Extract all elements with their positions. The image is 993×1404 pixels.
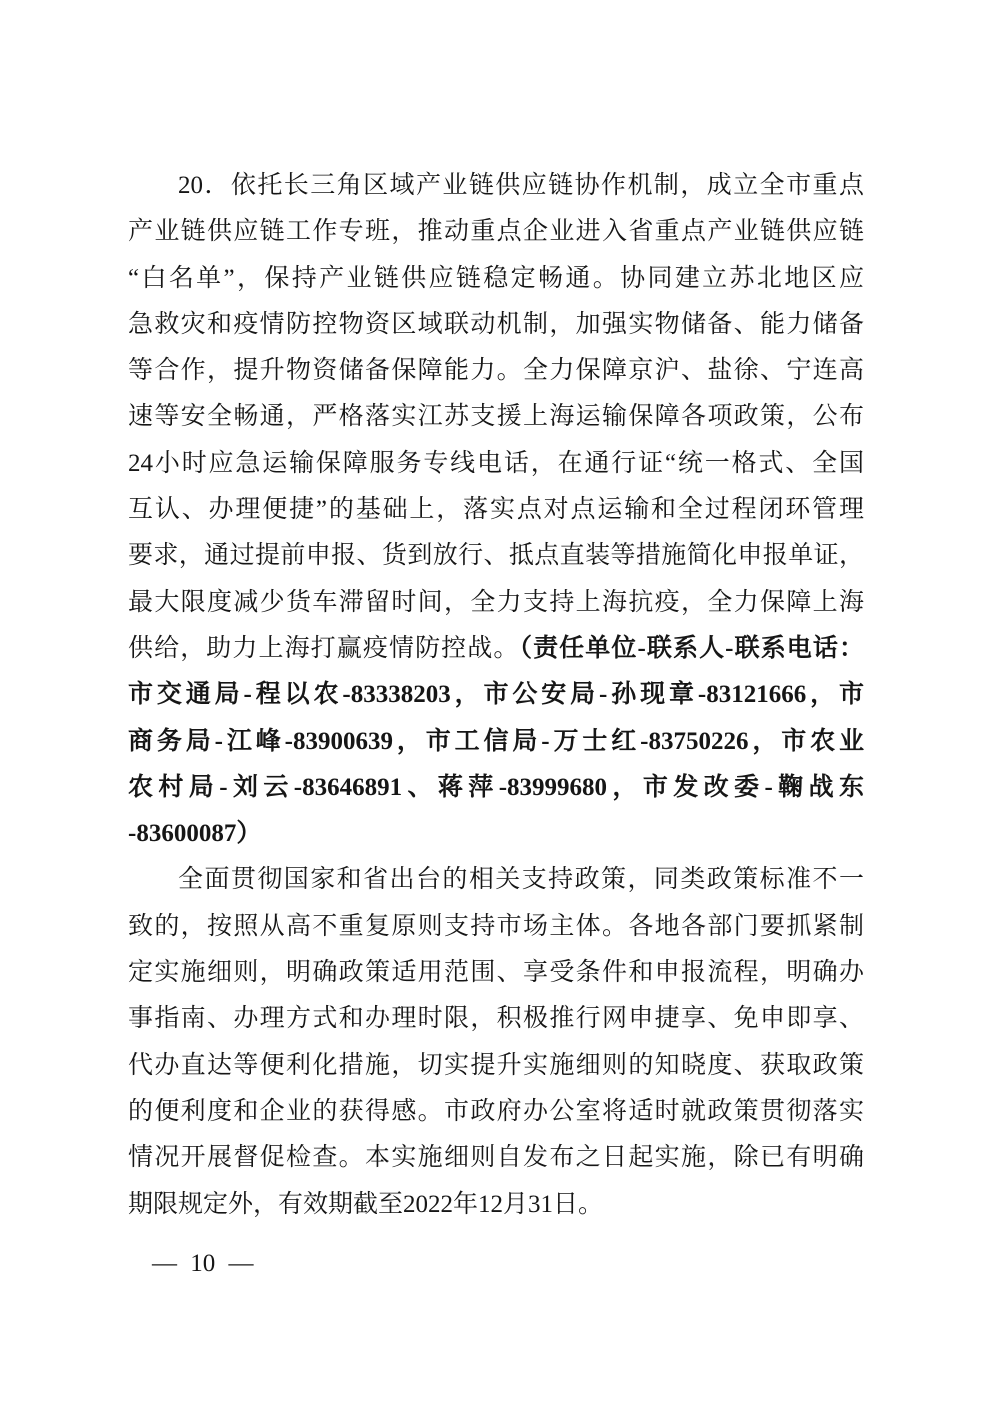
- body-text-run: 20．依托长三角区域产业链供应链协作机制，成立全市重点: [178, 172, 864, 199]
- body-text-run: 最大限度减少货车滞留时间，全力支持上海抗疫，全力保障上海: [128, 589, 864, 616]
- page-number-footer: — 10 —: [152, 1247, 254, 1281]
- responsible-unit-contact-run: 市交通局-程以农-83338203，市公安局-孙现章-83121666，市: [128, 681, 864, 708]
- text-line: 情况开展督促检查。本实施细则自发布之日起实施，除已有明确: [128, 1135, 864, 1181]
- body-text-run: 供给，助力上海打赢疫情防控战。: [128, 635, 519, 662]
- text-line: 代办直达等便利化措施，切实提升实施细则的知晓度、获取政策: [128, 1043, 864, 1089]
- text-block: 20．依托长三角区域产业链供应链协作机制，成立全市重点产业链供应链工作专班，推动…: [128, 163, 864, 1228]
- text-line: 定实施细则，明确政策适用范围、享受条件和申报流程，明确办: [128, 950, 864, 996]
- text-line: 商务局-江峰-83900639，市工信局-万士红-83750226，市农业: [128, 719, 864, 765]
- text-line: 期限规定外，有效期截至2022年12月31日。: [128, 1182, 864, 1228]
- body-text-run: 致的，按照从高不重复原则支持市场主体。各地各部门要抓紧制: [128, 913, 864, 940]
- body-text-run: 情况开展督促检查。本实施细则自发布之日起实施，除已有明确: [128, 1144, 864, 1171]
- body-text-run: 速等安全畅通，严格落实江苏支援上海运输保障各项政策，公布: [128, 403, 864, 430]
- responsible-unit-contact-run: （责任单位-联系人-联系电话：: [519, 635, 864, 662]
- body-text-run: 事指南、办理方式和办理时限，积极推行网申捷享、免申即享、: [128, 1005, 864, 1032]
- body-text-run: 期限规定外，有效期截至2022年12月31日。: [128, 1191, 603, 1218]
- text-line: 产业链供应链工作专班，推动重点企业进入省重点产业链供应链: [128, 209, 864, 255]
- text-line: 全面贯彻国家和省出台的相关支持政策，同类政策标准不一: [128, 857, 864, 903]
- body-text-run: 急救灾和疫情防控物资区域联动机制，加强实物储备、能力储备: [128, 311, 864, 338]
- document-page: 20．依托长三角区域产业链供应链协作机制，成立全市重点产业链供应链工作专班，推动…: [0, 0, 993, 1404]
- text-line: 等合作，提升物资储备保障能力。全力保障京沪、盐徐、宁连高: [128, 348, 864, 394]
- text-line: 急救灾和疫情防控物资区域联动机制，加强实物储备、能力储备: [128, 302, 864, 348]
- text-line: 24小时应急运输保障服务专线电话，在通行证“统一格式、全国: [128, 441, 864, 487]
- text-line: 事指南、办理方式和办理时限，积极推行网申捷享、免申即享、: [128, 996, 864, 1042]
- body-text-run: 要求，通过提前申报、货到放行、抵点直装等措施简化申报单证，: [128, 542, 864, 569]
- responsible-unit-contact-run: 商务局-江峰-83900639，市工信局-万士红-83750226，市农业: [128, 728, 864, 755]
- body-text-run: 24小时应急运输保障服务专线电话，在通行证“统一格式、全国: [128, 450, 864, 477]
- body-text-run: 定实施细则，明确政策适用范围、享受条件和申报流程，明确办: [128, 959, 864, 986]
- text-line: -83600087）: [128, 811, 864, 857]
- text-line: 速等安全畅通，严格落实江苏支援上海运输保障各项政策，公布: [128, 394, 864, 440]
- text-line: 的便利度和企业的获得感。市政府办公室将适时就政策贯彻落实: [128, 1089, 864, 1135]
- body-text-run: 的便利度和企业的获得感。市政府办公室将适时就政策贯彻落实: [128, 1098, 864, 1125]
- body-text-run: 等合作，提升物资储备保障能力。全力保障京沪、盐徐、宁连高: [128, 357, 864, 384]
- text-line: 最大限度减少货车滞留时间，全力支持上海抗疫，全力保障上海: [128, 580, 864, 626]
- body-text-run: 全面贯彻国家和省出台的相关支持政策，同类政策标准不一: [178, 866, 864, 893]
- body-text-run: 产业链供应链工作专班，推动重点企业进入省重点产业链供应链: [128, 218, 864, 245]
- body-text-run: “白名单”，保持产业链供应链稳定畅通。协同建立苏北地区应: [128, 265, 864, 292]
- text-line: 致的，按照从高不重复原则支持市场主体。各地各部门要抓紧制: [128, 904, 864, 950]
- body-text-run: 互认、办理便捷”的基础上，落实点对点运输和全过程闭环管理: [128, 496, 864, 523]
- text-line: 供给，助力上海打赢疫情防控战。（责任单位-联系人-联系电话：: [128, 626, 864, 672]
- text-line: 互认、办理便捷”的基础上，落实点对点运输和全过程闭环管理: [128, 487, 864, 533]
- text-line: “白名单”，保持产业链供应链稳定畅通。协同建立苏北地区应: [128, 256, 864, 302]
- responsible-unit-contact-run: 农村局-刘云-83646891、蒋萍-83999680，市发改委-鞠战东: [128, 774, 864, 801]
- text-line: 市交通局-程以农-83338203，市公安局-孙现章-83121666，市: [128, 672, 864, 718]
- responsible-unit-contact-run: -83600087）: [128, 820, 261, 847]
- text-line: 20．依托长三角区域产业链供应链协作机制，成立全市重点: [128, 163, 864, 209]
- text-line: 农村局-刘云-83646891、蒋萍-83999680，市发改委-鞠战东: [128, 765, 864, 811]
- body-text-run: 代办直达等便利化措施，切实提升实施细则的知晓度、获取政策: [128, 1052, 864, 1079]
- text-line: 要求，通过提前申报、货到放行、抵点直装等措施简化申报单证，: [128, 533, 864, 579]
